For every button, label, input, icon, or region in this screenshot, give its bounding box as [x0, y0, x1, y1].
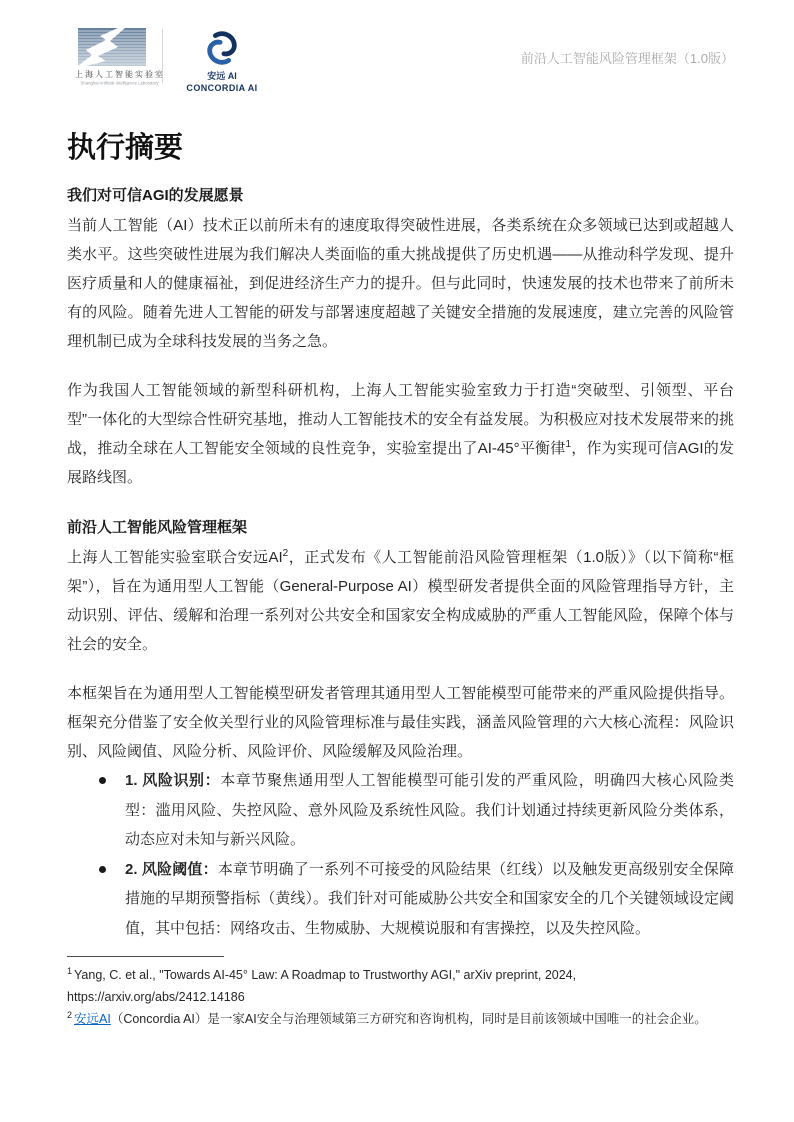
footnote-url: https://arxiv.org/abs/2412.14186 [67, 990, 245, 1004]
logo-group: 上海人工智能实验室 Shanghai Artificial Intelligen… [75, 28, 268, 93]
bullet-icon [99, 866, 106, 873]
footnote-text: （Concordia AI）是一家AI安全与治理领域第三方研究和咨询机构，同时是… [111, 1012, 707, 1026]
shanghai-ai-lab-logo-icon [78, 28, 146, 66]
shanghai-ai-lab-logo: 上海人工智能实验室 Shanghai Artificial Intelligen… [75, 28, 149, 87]
bullet-icon [99, 777, 106, 784]
document-page: 上海人工智能实验室 Shanghai Artificial Intelligen… [0, 0, 794, 1122]
footnote-number: 1 [67, 966, 72, 976]
concordia-ai-logo: 安远 AI CONCORDIA AI [176, 28, 268, 93]
footnote-2: 2安远AI（Concordia AI）是一家AI安全与治理领域第三方研究和咨询机… [67, 1008, 734, 1030]
shanghai-ai-lab-name-cn: 上海人工智能实验室 [75, 69, 149, 80]
paragraph-shlab-mission: 作为我国人工智能领域的新型科研机构，上海人工智能实验室致力于打造“突破型、引领型… [67, 376, 734, 492]
page-title: 执行摘要 [67, 128, 734, 168]
list-item-label: 1. 风险识别： [125, 772, 220, 789]
concordia-name-cn: 安远 AI [176, 69, 268, 82]
footnote-number: 2 [67, 1010, 72, 1020]
core-process-list: 1. 风险识别：本章节聚焦通用型人工智能模型可能引发的严重风险，明确四大核心风险… [67, 766, 734, 943]
list-item-label: 2. 风险阈值： [125, 861, 218, 878]
footnote-text: Yang, C. et al., "Towards AI-45° Law: A … [74, 968, 576, 982]
list-item-risk-thresholds: 2. 风险阈值：本章节明确了一系列不可接受的风险结果（红线）以及触发更高级别安全… [67, 855, 734, 944]
paragraph-framework-release: 上海人工智能实验室联合安远AI2，正式发布《人工智能前沿风险管理框架（1.0版）… [67, 543, 734, 659]
section-heading-vision: 我们对可信AGI的发展愿景 [67, 184, 734, 208]
footnote-1: 1Yang, C. et al., "Towards AI-45° Law: A… [67, 964, 734, 1008]
concordia-name-en: CONCORDIA AI [176, 83, 268, 93]
shanghai-ai-lab-name-en: Shanghai Artificial Intelligence Laborat… [81, 81, 144, 86]
paragraph-text: 当前人工智能（AI）技术正以前所未有的速度取得突破性进展，各类系统在众多领域已达… [67, 217, 734, 350]
paragraph-text: 本框架旨在为通用型人工智能模型研发者管理其通用型人工智能模型可能带来的严重风险提… [67, 685, 734, 760]
running-header-title: 前沿人工智能风险管理框架（1.0版） [521, 48, 734, 67]
logo-divider [162, 29, 163, 83]
paragraph-framework-scope: 本框架旨在为通用型人工智能模型研发者管理其通用型人工智能模型可能带来的严重风险提… [67, 679, 734, 766]
concordia-swirl-icon [203, 28, 241, 68]
paragraph-text: 上海人工智能实验室联合安远AI [67, 549, 283, 566]
concordia-ai-link[interactable]: 安远AI [74, 1012, 111, 1026]
footnotes-section: 1Yang, C. et al., "Towards AI-45° Law: A… [67, 956, 734, 1030]
section-heading-framework: 前沿人工智能风险管理框架 [67, 516, 734, 540]
list-item-risk-identification: 1. 风险识别：本章节聚焦通用型人工智能模型可能引发的严重风险，明确四大核心风险… [67, 766, 734, 855]
document-body: 执行摘要 我们对可信AGI的发展愿景 当前人工智能（AI）技术正以前所未有的速度… [67, 128, 734, 943]
paragraph-ai-progress: 当前人工智能（AI）技术正以前所未有的速度取得突破性进展，各类系统在众多领域已达… [67, 211, 734, 356]
footnote-separator [67, 956, 224, 957]
running-header: 上海人工智能实验室 Shanghai Artificial Intelligen… [75, 28, 734, 93]
